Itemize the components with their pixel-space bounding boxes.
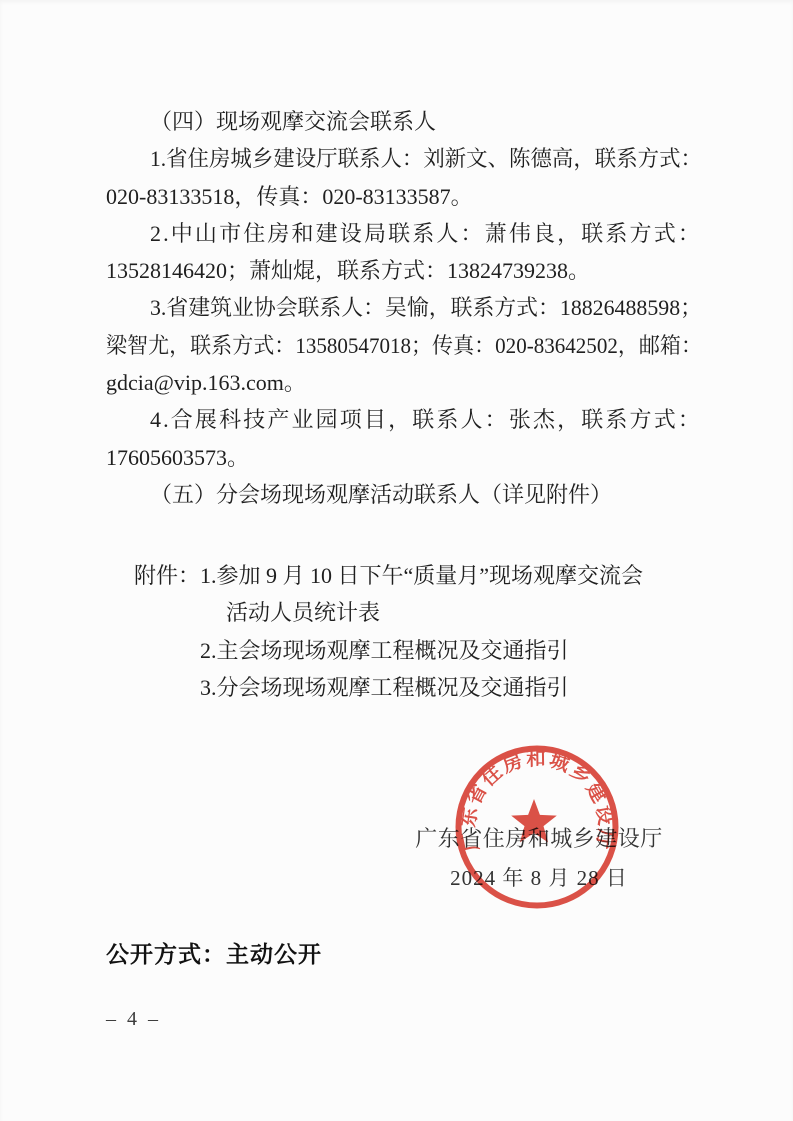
document-page: （四）现场观摩交流会联系人1.省住房城乡建设厅联系人：刘新文、陈德高，联系方式：…	[0, 0, 793, 1121]
text-line: 2.中山市住房和建设局联系人：萧伟良，联系方式：	[106, 215, 702, 252]
issue-date: 2024 年 8 月 28 日	[408, 862, 670, 894]
attachments-list: 1.参加 9 月 10 日下午“质量月”现场观摩交流会活动人员统计表2.主会场现…	[200, 557, 702, 706]
attachment-line: 3.分会场现场观摩工程概况及交通指引	[200, 669, 702, 706]
attachments-block: 附件： 1.参加 9 月 10 日下午“质量月”现场观摩交流会活动人员统计表2.…	[106, 557, 702, 706]
text-line: 1.省住房城乡建设厅联系人：刘新文、陈德高，联系方式：	[106, 140, 702, 177]
text-line: 020-83133518，传真：020-83133587。	[106, 178, 702, 215]
text-line: 梁智尤，联系方式：13580547018；传真：020-83642502，邮箱：	[106, 327, 702, 364]
attachment-line: 活动人员统计表	[200, 594, 702, 631]
text-line: 3.省建筑业协会联系人：吴愉，联系方式：18826488598；	[106, 289, 702, 326]
attachment-line: 2.主会场现场观摩工程概况及交通指引	[200, 632, 702, 669]
attachments-label: 附件：	[106, 557, 200, 594]
text-line: gdcia@vip.163.com。	[106, 364, 702, 401]
text-line: （四）现场观摩交流会联系人	[106, 103, 702, 140]
text-line: 13528146420；萧灿焜，联系方式：13824739238。	[106, 252, 702, 289]
issuer-name: 广东省住房和城乡建设厅	[408, 822, 670, 856]
body-paragraphs: （四）现场观摩交流会联系人1.省住房城乡建设厅联系人：刘新文、陈德高，联系方式：…	[106, 103, 702, 513]
signature-block: 广东省住房和城乡建设厅 2024 年 8 月 28 日	[408, 822, 670, 894]
disclosure-method: 公开方式：主动公开	[106, 936, 322, 969]
text-line: （五）分会场现场观摩活动联系人（详见附件）	[106, 476, 702, 513]
attachment-line: 1.参加 9 月 10 日下午“质量月”现场观摩交流会	[200, 557, 702, 594]
text-line: 17605603573。	[106, 439, 702, 476]
text-line: 4.合展科技产业园项目，联系人：张杰，联系方式：	[106, 401, 702, 438]
page-number: – 4 –	[106, 1008, 161, 1031]
